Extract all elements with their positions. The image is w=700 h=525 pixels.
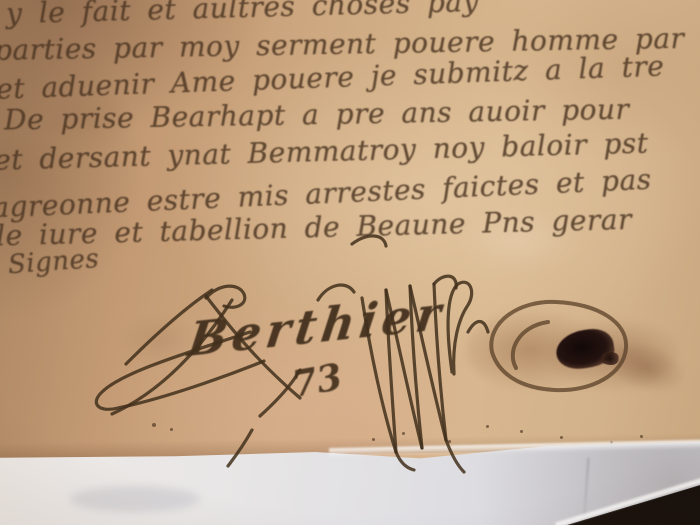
ink-speck (520, 430, 523, 433)
parchment-hole-small (600, 352, 620, 365)
signature-paraph-number: 73 (289, 356, 346, 406)
manuscript-photo: y le fait et aultres choses pay parties … (0, 0, 700, 525)
ink-speck (372, 438, 375, 441)
ink-speck (170, 428, 173, 431)
fold-blotch (70, 486, 200, 512)
manuscript-line: Signes (7, 244, 100, 280)
ink-speck (486, 425, 489, 428)
ink-speck (152, 423, 156, 427)
ink-speck (402, 432, 405, 435)
ink-speck (448, 440, 451, 443)
ink-speck (640, 435, 643, 438)
ink-speck (560, 436, 563, 439)
